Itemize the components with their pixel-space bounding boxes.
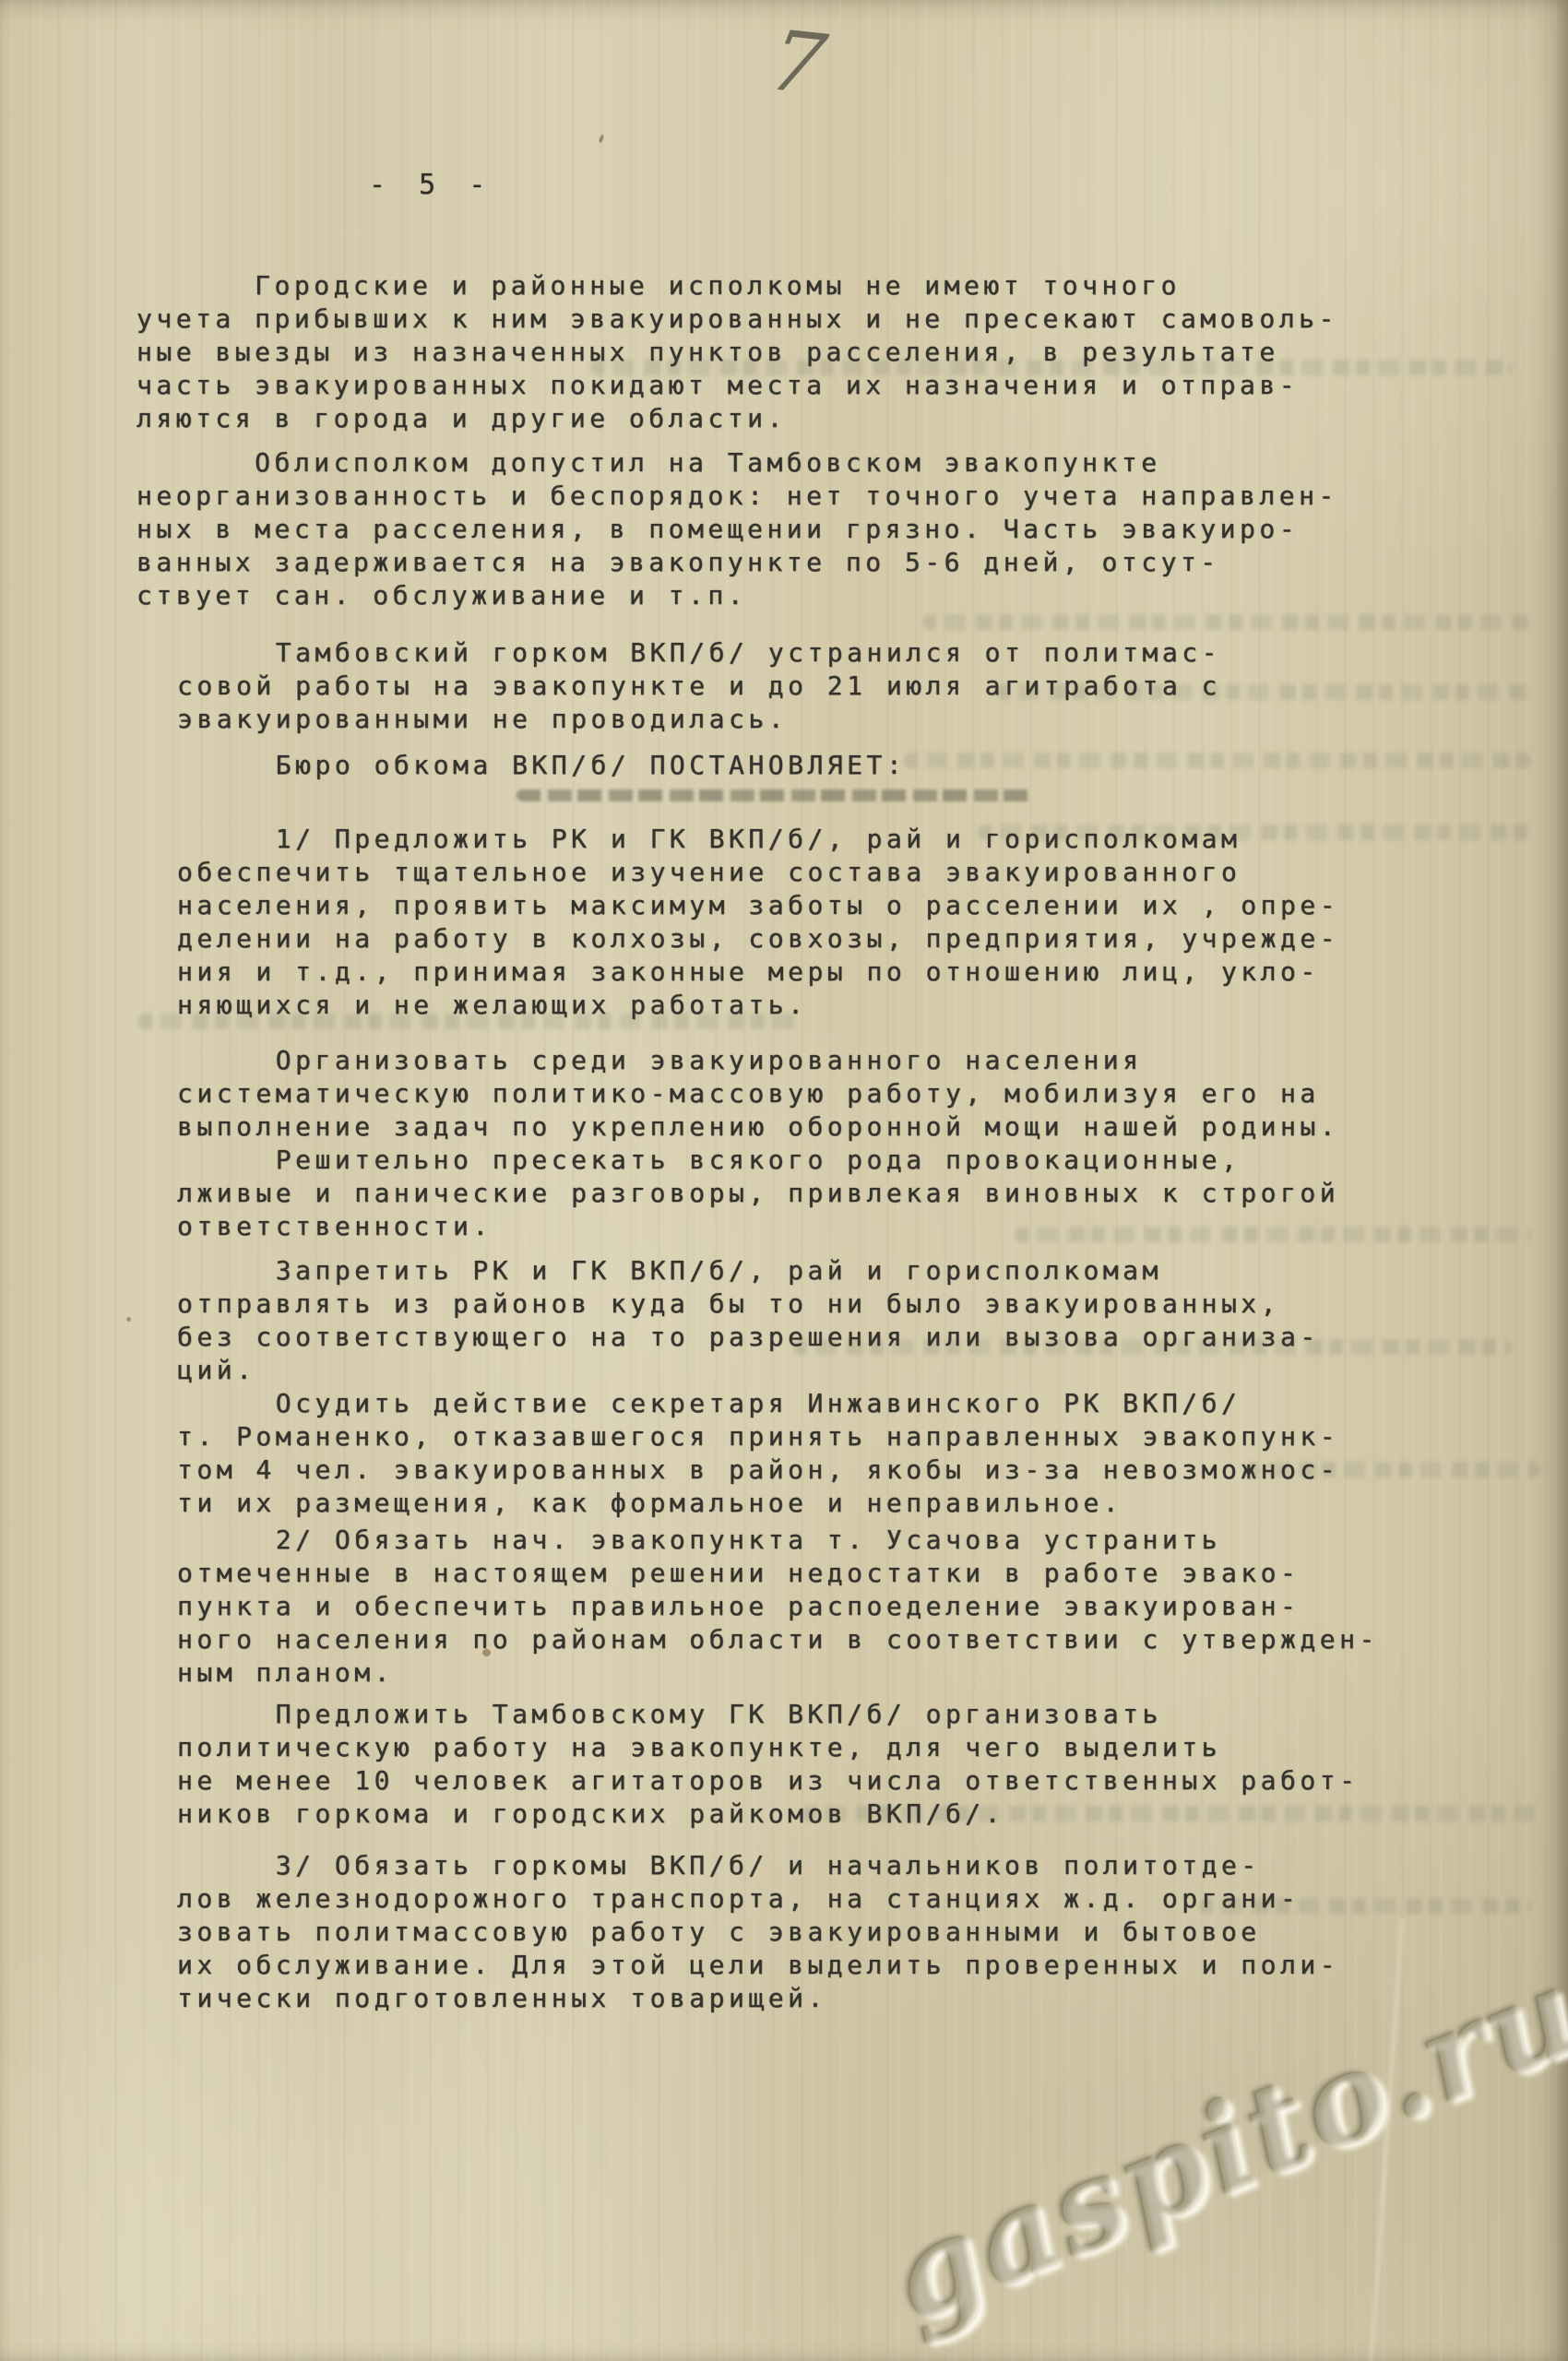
text-line: ответственности. xyxy=(177,1210,1502,1243)
text-line: неорганизованность и беспорядок: нет точ… xyxy=(137,480,1502,513)
paragraph: Организовать среди эвакуированного насел… xyxy=(137,1044,1502,1243)
text-line: Городские и районные исполкомы не имеют … xyxy=(137,269,1502,303)
text-line: ванных задерживается на эвакопункте по 5… xyxy=(137,546,1502,579)
text-line: Запретить РК и ГК ВКП/б/, рай и гориспол… xyxy=(177,1254,1502,1287)
text-line: лов железнодорожного транспорта, на стан… xyxy=(177,1882,1502,1916)
text-line: часть эвакуированных покидают места их н… xyxy=(137,369,1502,402)
text-line: отмеченные в настоящем решении недостатк… xyxy=(177,1557,1502,1590)
text-line: ные выезды из назначенных пунктов рассел… xyxy=(137,336,1502,369)
text-line: ния и т.д., принимая законные меры по от… xyxy=(177,955,1502,989)
text-line: делении на работу в колхозы, совхозы, пр… xyxy=(177,922,1502,955)
text-line: отправлять из районов куда бы то ни было… xyxy=(177,1287,1502,1321)
paragraph: 1/ Предложить РК и ГК ВКП/б/, рай и гори… xyxy=(137,823,1502,1022)
text-line: Организовать среди эвакуированного насел… xyxy=(177,1044,1502,1077)
handwritten-page-note: 7 xyxy=(764,20,832,108)
text-line: ным планом. xyxy=(177,1656,1502,1690)
text-line: 2/ Обязать нач. эвакопункта т. Усачова у… xyxy=(177,1524,1502,1557)
text-line: их обслуживание. Для этой цели выделить … xyxy=(177,1949,1502,1982)
text-line: политическую работу на эвакопункте, для … xyxy=(177,1731,1502,1764)
text-line: обеспечить тщательное изучение состава э… xyxy=(177,856,1502,889)
text-line: Осудить действие секретаря Инжавинского … xyxy=(177,1387,1502,1420)
text-line: тически подготовленных товарищей. xyxy=(177,1982,1502,2015)
text-line: няющихся и не желающих работать. xyxy=(177,989,1502,1022)
text-line: совой работы на эвакопункте и до 21 июля… xyxy=(177,670,1502,703)
text-line: зовать политмассовую работу с эвакуирова… xyxy=(177,1916,1502,1949)
text-line: эвакуированными не проводилась. xyxy=(177,703,1502,736)
text-line: ций. xyxy=(177,1354,1502,1387)
text-line: выполнение задач по укреплению оборонной… xyxy=(177,1110,1502,1144)
paragraph: Предложить Тамбовскому ГК ВКП/б/ организ… xyxy=(137,1698,1502,1831)
text-line: ных в места расселения, в помещении гряз… xyxy=(137,513,1502,546)
page-number: - 5 - xyxy=(369,169,493,201)
text-line: ников горкома и городских райкомов ВКП/б… xyxy=(177,1797,1502,1831)
text-line: ляются в города и другие области. xyxy=(137,402,1502,435)
text-line: пункта и обеспечить правильное распоедел… xyxy=(177,1590,1502,1623)
text-line: Бюро обкома ВКП/б/ ПОСТАНОВЛЯЕТ: xyxy=(177,749,1502,782)
paragraph: Облисполком допустил на Тамбовском эвако… xyxy=(137,446,1502,612)
text-line: ти их размещения, как формальное и непра… xyxy=(177,1487,1502,1520)
paper-speck xyxy=(599,135,605,144)
paragraph: 3/ Обязать горкомы ВКП/б/ и начальников … xyxy=(137,1849,1502,2015)
paragraph: Запретить РК и ГК ВКП/б/, рай и гориспол… xyxy=(137,1254,1502,1520)
paragraph: Городские и районные исполкомы не имеют … xyxy=(137,269,1502,435)
text-line: населения, проявить максимум заботы о ра… xyxy=(177,889,1502,922)
text-line: Облисполком допустил на Тамбовском эвако… xyxy=(137,446,1502,480)
text-line: т. Романенко, отказавшегося принять напр… xyxy=(177,1420,1502,1453)
text-line: ного населения по районам области в соот… xyxy=(177,1623,1502,1656)
text-line: без соответствующего на то разрешения ил… xyxy=(177,1321,1502,1354)
text-line: не менее 10 человек агитаторов из числа … xyxy=(177,1764,1502,1797)
document-body: Городские и районные исполкомы не имеют … xyxy=(137,269,1502,2015)
text-line: 3/ Обязать горкомы ВКП/б/ и начальников … xyxy=(177,1849,1502,1882)
text-line: том 4 чел. эвакуированных в район, якобы… xyxy=(177,1453,1502,1487)
text-line: систематическую политико-массовую работу… xyxy=(177,1077,1502,1110)
paragraph: 2/ Обязать нач. эвакопункта т. Усачова у… xyxy=(137,1524,1502,1690)
text-line: Решительно пресекать всякого рода провок… xyxy=(177,1144,1502,1177)
text-line: учета прибывших к ним эвакуированных и н… xyxy=(137,303,1502,336)
text-line: Предложить Тамбовскому ГК ВКП/б/ организ… xyxy=(177,1698,1502,1731)
text-line: лживые и панические разговоры, привлекая… xyxy=(177,1177,1502,1210)
text-line: 1/ Предложить РК и ГК ВКП/б/, рай и гори… xyxy=(177,823,1502,856)
paragraph: Тамбовский горком ВКП/б/ устранился от п… xyxy=(137,636,1502,736)
document-page: - 5 - 7 Городские и районные исполкомы н… xyxy=(0,0,1568,2361)
text-line: Тамбовский горком ВКП/б/ устранился от п… xyxy=(177,636,1502,670)
paper-speck xyxy=(126,1317,131,1322)
paragraph: Бюро обкома ВКП/б/ ПОСТАНОВЛЯЕТ: xyxy=(137,749,1502,782)
text-line: ствует сан. обслуживание и т.п. xyxy=(137,579,1502,612)
